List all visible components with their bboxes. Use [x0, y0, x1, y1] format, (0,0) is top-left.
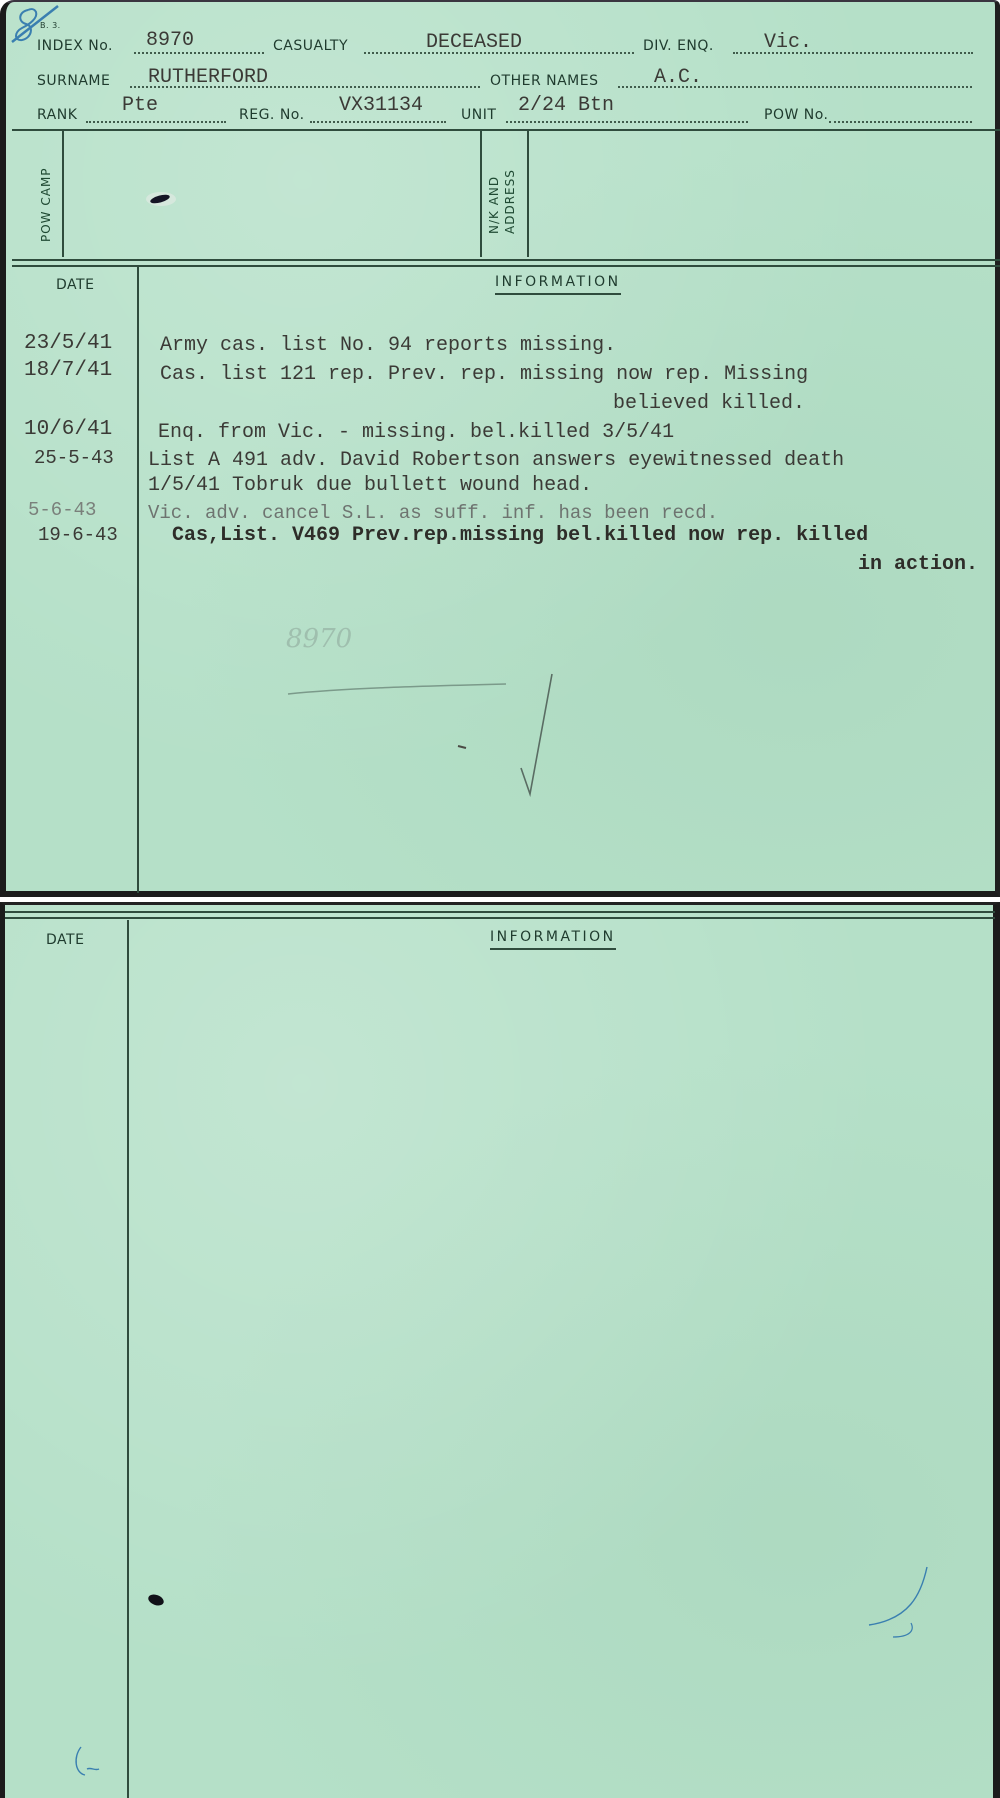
ink-blot-icon: [143, 1591, 173, 1611]
entry-date: 18/7/41: [24, 359, 112, 382]
nk-address-label-1: N/K AND: [487, 176, 501, 234]
other-names-label: OTHER NAMES: [490, 73, 598, 89]
date-column-divider: [127, 920, 129, 1798]
date-column-divider: [137, 267, 139, 893]
entry-date: 19-6-43: [38, 524, 118, 546]
entry-date: 23/5/41: [24, 332, 112, 355]
date-header: DATE: [46, 932, 84, 948]
entry-date: 10/6/41: [24, 418, 112, 441]
entry-text: List A 491 adv. David Robertson answers …: [148, 449, 844, 472]
rank-label: RANK: [37, 107, 77, 123]
date-header: DATE: [56, 277, 94, 293]
surname-label: SURNAME: [37, 73, 110, 89]
record-card-front: B. 3. INDEX No. 8970 CASUALTY DECEASED D…: [0, 0, 1000, 897]
reg-no-value: VX31134: [339, 94, 423, 117]
information-header: INFORMATION: [495, 274, 621, 295]
div-enq-label: DIV. ENQ.: [643, 38, 714, 54]
unit-value: 2/24 Btn: [518, 94, 614, 117]
reg-no-label: REG. No.: [239, 107, 305, 123]
blue-pencil-initials-icon: [71, 1743, 111, 1783]
divider: [12, 129, 1000, 131]
entry-text-cont: 1/5/41 Tobruk due bullett wound head.: [148, 474, 592, 497]
pencil-note: 8970: [286, 624, 352, 654]
unit-label: UNIT: [461, 107, 496, 123]
pow-no-label: POW No.: [764, 107, 829, 123]
information-header: INFORMATION: [490, 929, 616, 950]
entry-text-cont: in action.: [858, 553, 978, 576]
nk-address-label-2: ADDRESS: [503, 169, 517, 234]
entry-text: Enq. from Vic. - missing. bel.killed 3/5…: [158, 421, 674, 444]
casualty-label: CASUALTY: [273, 38, 348, 54]
pencil-tick-icon: [266, 672, 596, 812]
record-card-back: DATE INFORMATION: [0, 902, 1000, 1798]
div-enq-value: Vic.: [764, 31, 812, 54]
entry-text: Vic. adv. cancel S.L. as suff. inf. has …: [148, 502, 718, 524]
rank-value: Pte: [122, 94, 158, 117]
casualty-value: DECEASED: [426, 31, 522, 54]
blue-pencil-stroke-icon: [855, 1565, 955, 1645]
pow-camp-label: POW CAMP: [39, 167, 53, 242]
entry-date: 25-5-43: [34, 447, 114, 469]
other-names-value: A.C.: [654, 66, 702, 89]
form-code: B. 3.: [40, 21, 61, 30]
index-no-label: INDEX No.: [37, 38, 113, 54]
entry-text: Army cas. list No. 94 reports missing.: [160, 334, 616, 357]
entry-text: Cas. list 121 rep. Prev. rep. missing no…: [160, 363, 808, 386]
entry-date: 5-6-43: [28, 499, 96, 521]
entry-text: Cas,List. V469 Prev.rep.missing bel.kill…: [172, 524, 868, 547]
entry-text-cont: believed killed.: [613, 392, 805, 415]
ink-blot-icon: [144, 190, 178, 208]
surname-value: RUTHERFORD: [148, 66, 268, 89]
index-no-value: 8970: [146, 29, 194, 52]
